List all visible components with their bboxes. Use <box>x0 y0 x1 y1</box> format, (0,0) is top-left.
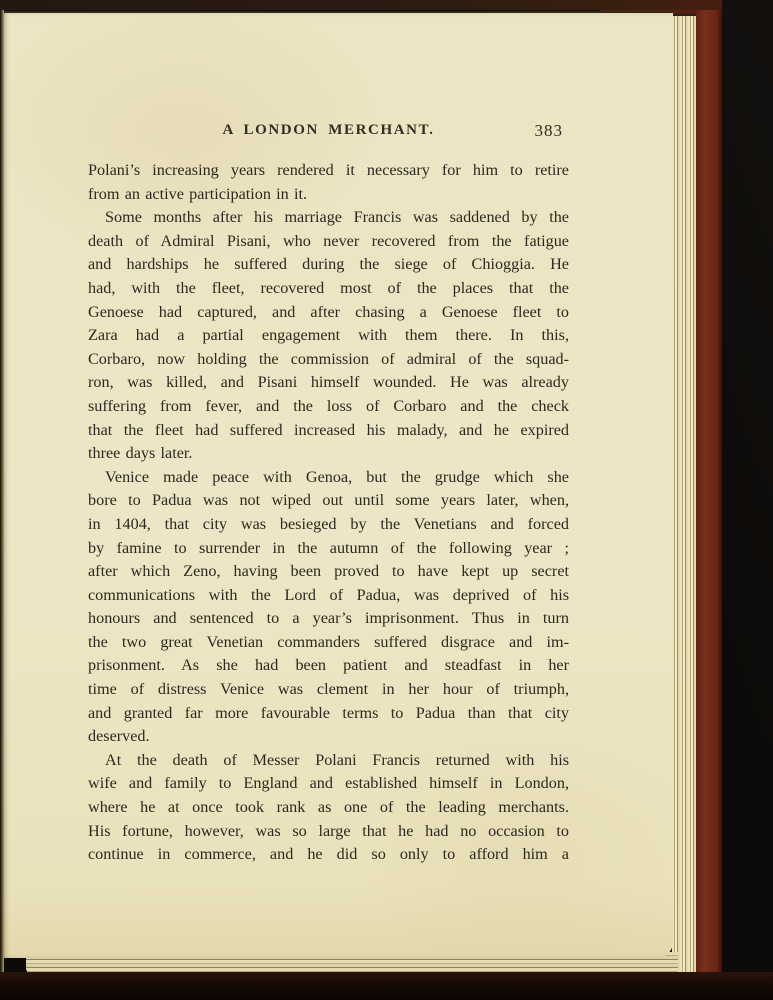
text-line: time of distress Venice was clement in h… <box>88 678 569 702</box>
text-line: Venice made peace with Genoa, but the gr… <box>88 466 569 490</box>
book-cover-edge <box>695 0 722 988</box>
book-scan: A LONDON MERCHANT. 383 Polani’s increasi… <box>0 0 773 1000</box>
text-line: and hardships he suffered during the sie… <box>88 253 569 277</box>
text-line: ron, was killed, and Pisani himself woun… <box>88 371 569 395</box>
bottom-dark-strip <box>0 972 773 1000</box>
text-line: where he at once took rank as one of the… <box>88 796 569 820</box>
page-number: 383 <box>535 121 564 141</box>
text-line: His fortune, however, was so large that … <box>88 820 569 844</box>
text-line: Corbaro, now holding the commission of a… <box>88 348 569 372</box>
paragraph: Some months after his marriage Francis w… <box>88 206 569 466</box>
text-line: Genoese had captured, and after chasing … <box>88 301 569 325</box>
text-line: and granted far more favourable terms to… <box>88 702 569 726</box>
text-line: communications with the Lord of Padua, w… <box>88 584 569 608</box>
body-text: Polani’s increasing years rendered it ne… <box>88 159 569 867</box>
text-line: Zara had a partial engagement with them … <box>88 324 569 348</box>
text-line: suffering from fever, and the loss of Co… <box>88 395 569 419</box>
page-header: A LONDON MERCHANT. 383 <box>88 122 569 144</box>
text-line: three days later. <box>88 442 569 466</box>
text-column: A LONDON MERCHANT. 383 Polani’s increasi… <box>88 122 569 867</box>
text-line: in 1404, that city was besieged by the V… <box>88 513 569 537</box>
text-line: honours and sentenced to a year’s impris… <box>88 607 569 631</box>
text-line: wife and family to England and establish… <box>88 772 569 796</box>
text-line: continue in commerce, and he did so only… <box>88 843 569 867</box>
text-line: from an active participation in it. <box>88 183 569 207</box>
text-line: after which Zeno, having been proved to … <box>88 560 569 584</box>
text-line: deserved. <box>88 725 569 749</box>
text-line: that the fleet had suffered increased hi… <box>88 419 569 443</box>
page-left-edge <box>0 10 4 975</box>
text-line: prisonment. As she had been patient and … <box>88 654 569 678</box>
paragraph: At the death of Messer Polani Francis re… <box>88 749 569 867</box>
text-line: Polani’s increasing years rendered it ne… <box>88 159 569 183</box>
paragraph: Polani’s increasing years rendered it ne… <box>88 159 569 206</box>
book-page: A LONDON MERCHANT. 383 Polani’s increasi… <box>3 11 673 958</box>
text-line: Some months after his marriage Francis w… <box>88 206 569 230</box>
page-stack-right-edge <box>672 14 696 974</box>
running-header-title: A LONDON MERCHANT. <box>88 122 569 139</box>
text-line: death of Admiral Pisani, who never recov… <box>88 230 569 254</box>
text-line: At the death of Messer Polani Francis re… <box>88 749 569 773</box>
paragraph: Venice made peace with Genoa, but the gr… <box>88 466 569 749</box>
text-line: bore to Padua was not wiped out until so… <box>88 489 569 513</box>
text-line: the two great Venetian commanders suffer… <box>88 631 569 655</box>
text-line: had, with the fleet, recovered most of t… <box>88 277 569 301</box>
text-line: by famine to surrender in the autumn of … <box>88 537 569 561</box>
top-dark-strip <box>0 0 722 10</box>
